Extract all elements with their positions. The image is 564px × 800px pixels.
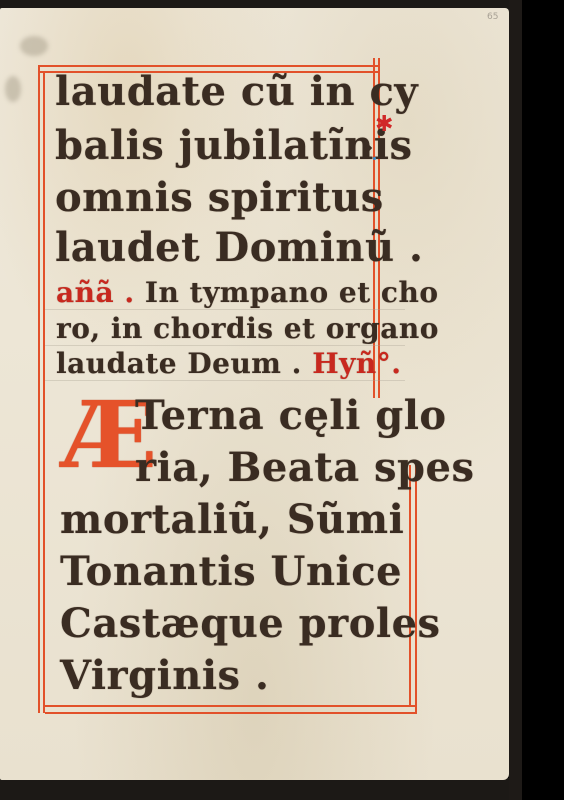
text-line-2: balis jubilatĩnis xyxy=(55,122,413,169)
antiphon-rubric: añã . xyxy=(56,276,135,309)
text-line-13: Virginis . xyxy=(60,652,269,699)
hymn-rubric: Hyñ°. xyxy=(312,347,401,380)
text-line-6: ro, in chordis et organo xyxy=(56,312,439,345)
red-star-ornament: ✱ xyxy=(375,112,393,137)
antiphon-ending: laudate Deum . xyxy=(56,347,302,380)
text-line-1: laudate cũ in cy xyxy=(55,68,418,115)
text-line-9: ria, Beata spes xyxy=(135,444,475,491)
text-line-12: Castæque proles xyxy=(60,600,441,647)
text-line-4: laudet Dominũ . xyxy=(55,224,423,271)
chant-text-block: laudate cũ in cy balis jubilatĩnis ✱ omn… xyxy=(0,0,509,780)
text-line-7: laudate Deum . Hyñ°. xyxy=(56,347,402,380)
dark-backdrop-edge xyxy=(509,0,522,800)
decorated-initial-ae: Æ xyxy=(62,390,122,480)
text-line-11: Tonantis Unice xyxy=(60,548,402,595)
text-line-10: mortaliũ, Sũmi xyxy=(60,496,404,543)
dark-backdrop-bottom xyxy=(0,778,522,800)
antiphon-text: In tympano et cho xyxy=(145,276,439,309)
text-line-3: omnis spiritus xyxy=(55,174,384,221)
text-line-8: Terna cęli glo xyxy=(135,392,447,439)
text-line-5: añã . In tympano et cho xyxy=(56,276,439,309)
blue-dot-mark xyxy=(373,157,376,160)
